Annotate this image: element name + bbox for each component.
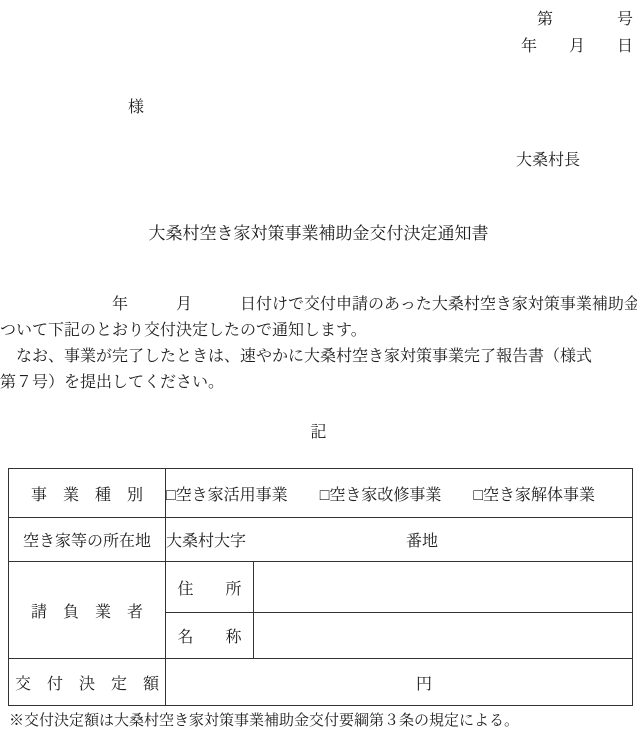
checkbox-icon[interactable]: □ — [166, 487, 176, 505]
business-type-option: □空き家解体事業 — [473, 482, 595, 505]
table-row-contractor-address: 請 負 業 者 住 所 — [9, 562, 633, 613]
location-prefix: 大桑村大字 — [166, 533, 246, 550]
body-line: 第７号）を提出してください。 — [0, 370, 637, 396]
option-label: 空き家改修事業 — [329, 487, 441, 504]
table-row-amount: 交 付 決 定 額 円 — [9, 659, 633, 706]
memo-marker: 記 — [0, 419, 637, 442]
option-label: 空き家解体事業 — [483, 487, 595, 504]
business-type-label: 事 業 種 別 — [9, 469, 166, 518]
document-date-line: 年 月 日 — [521, 33, 633, 56]
location-label: 空き家等の所在地 — [9, 518, 166, 562]
location-suffix: 番地 — [406, 533, 438, 550]
contractor-address-value-cell[interactable] — [254, 562, 633, 613]
contractor-label: 請 負 業 者 — [9, 562, 166, 659]
checkbox-icon[interactable]: □ — [473, 487, 483, 505]
footnote: ※交付決定額は大桑村空き家対策事業補助金交付要綱第３条の規定による。 — [9, 709, 519, 729]
document-title: 大桑村空き家対策事業補助金交付決定通知書 — [0, 219, 637, 244]
amount-value-cell[interactable]: 円 — [166, 659, 633, 706]
sender-name: 大桑村長 — [516, 147, 580, 170]
option-label: 空き家活用事業 — [176, 487, 288, 504]
business-type-options: □空き家活用事業 □空き家改修事業 □空き家解体事業 — [166, 469, 633, 518]
body-paragraphs: 年 月 日付けで交付申請のあった大桑村空き家対策事業補助金に ついて下記のとおり… — [0, 292, 637, 396]
amount-label: 交 付 決 定 額 — [9, 659, 166, 706]
contractor-name-label: 名 称 — [166, 613, 254, 659]
addressee-honorific: 様 — [128, 94, 144, 117]
business-type-option: □空き家改修事業 — [320, 482, 442, 505]
details-table-wrapper: 事 業 種 別 □空き家活用事業 □空き家改修事業 □空き家解体事業 空き家等の… — [8, 468, 633, 706]
body-line: なお、事業が完了したときは、速やかに大桑村空き家対策事業完了報告書（様式 — [0, 344, 637, 370]
body-line: 年 月 日付けで交付申請のあった大桑村空き家対策事業補助金に — [0, 292, 637, 318]
body-line: ついて下記のとおり交付決定したので通知します。 — [0, 318, 637, 344]
contractor-name-value-cell[interactable] — [254, 613, 633, 659]
details-table: 事 業 種 別 □空き家活用事業 □空き家改修事業 □空き家解体事業 空き家等の… — [8, 468, 633, 706]
contractor-address-label: 住 所 — [166, 562, 254, 613]
document-number-line: 第 号 — [537, 6, 633, 29]
notice-document-page: 第 号 年 月 日 様 大桑村長 大桑村空き家対策事業補助金交付決定通知書 年 … — [0, 0, 637, 729]
business-type-option: □空き家活用事業 — [166, 482, 288, 505]
location-value-cell[interactable]: 大桑村大字番地 — [166, 518, 633, 562]
amount-unit: 円 — [166, 671, 432, 694]
table-row-business-type: 事 業 種 別 □空き家活用事業 □空き家改修事業 □空き家解体事業 — [9, 469, 633, 518]
checkbox-icon[interactable]: □ — [320, 487, 330, 505]
table-row-location: 空き家等の所在地 大桑村大字番地 — [9, 518, 633, 562]
